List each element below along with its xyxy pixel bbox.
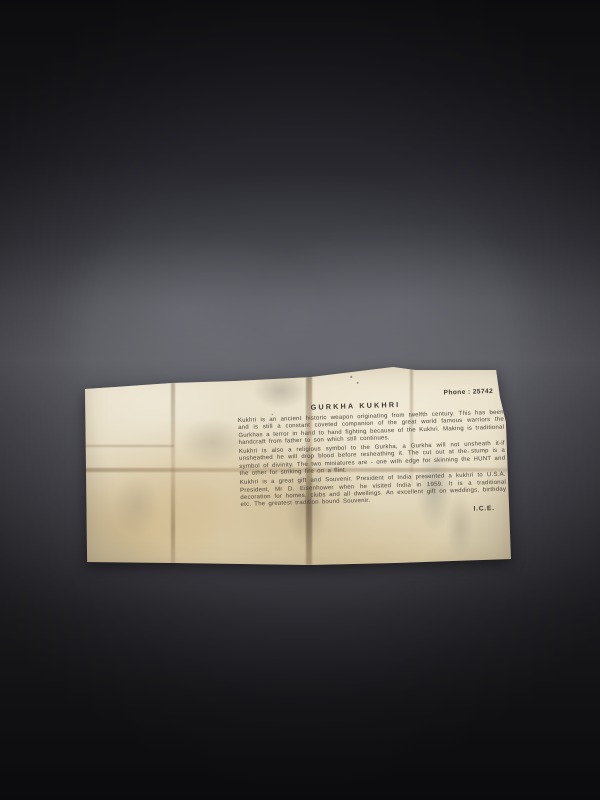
photo-vignette bbox=[0, 0, 600, 800]
photo: Phone : 25742 GURKHA KUKHRI Kukhri is an… bbox=[0, 0, 600, 800]
